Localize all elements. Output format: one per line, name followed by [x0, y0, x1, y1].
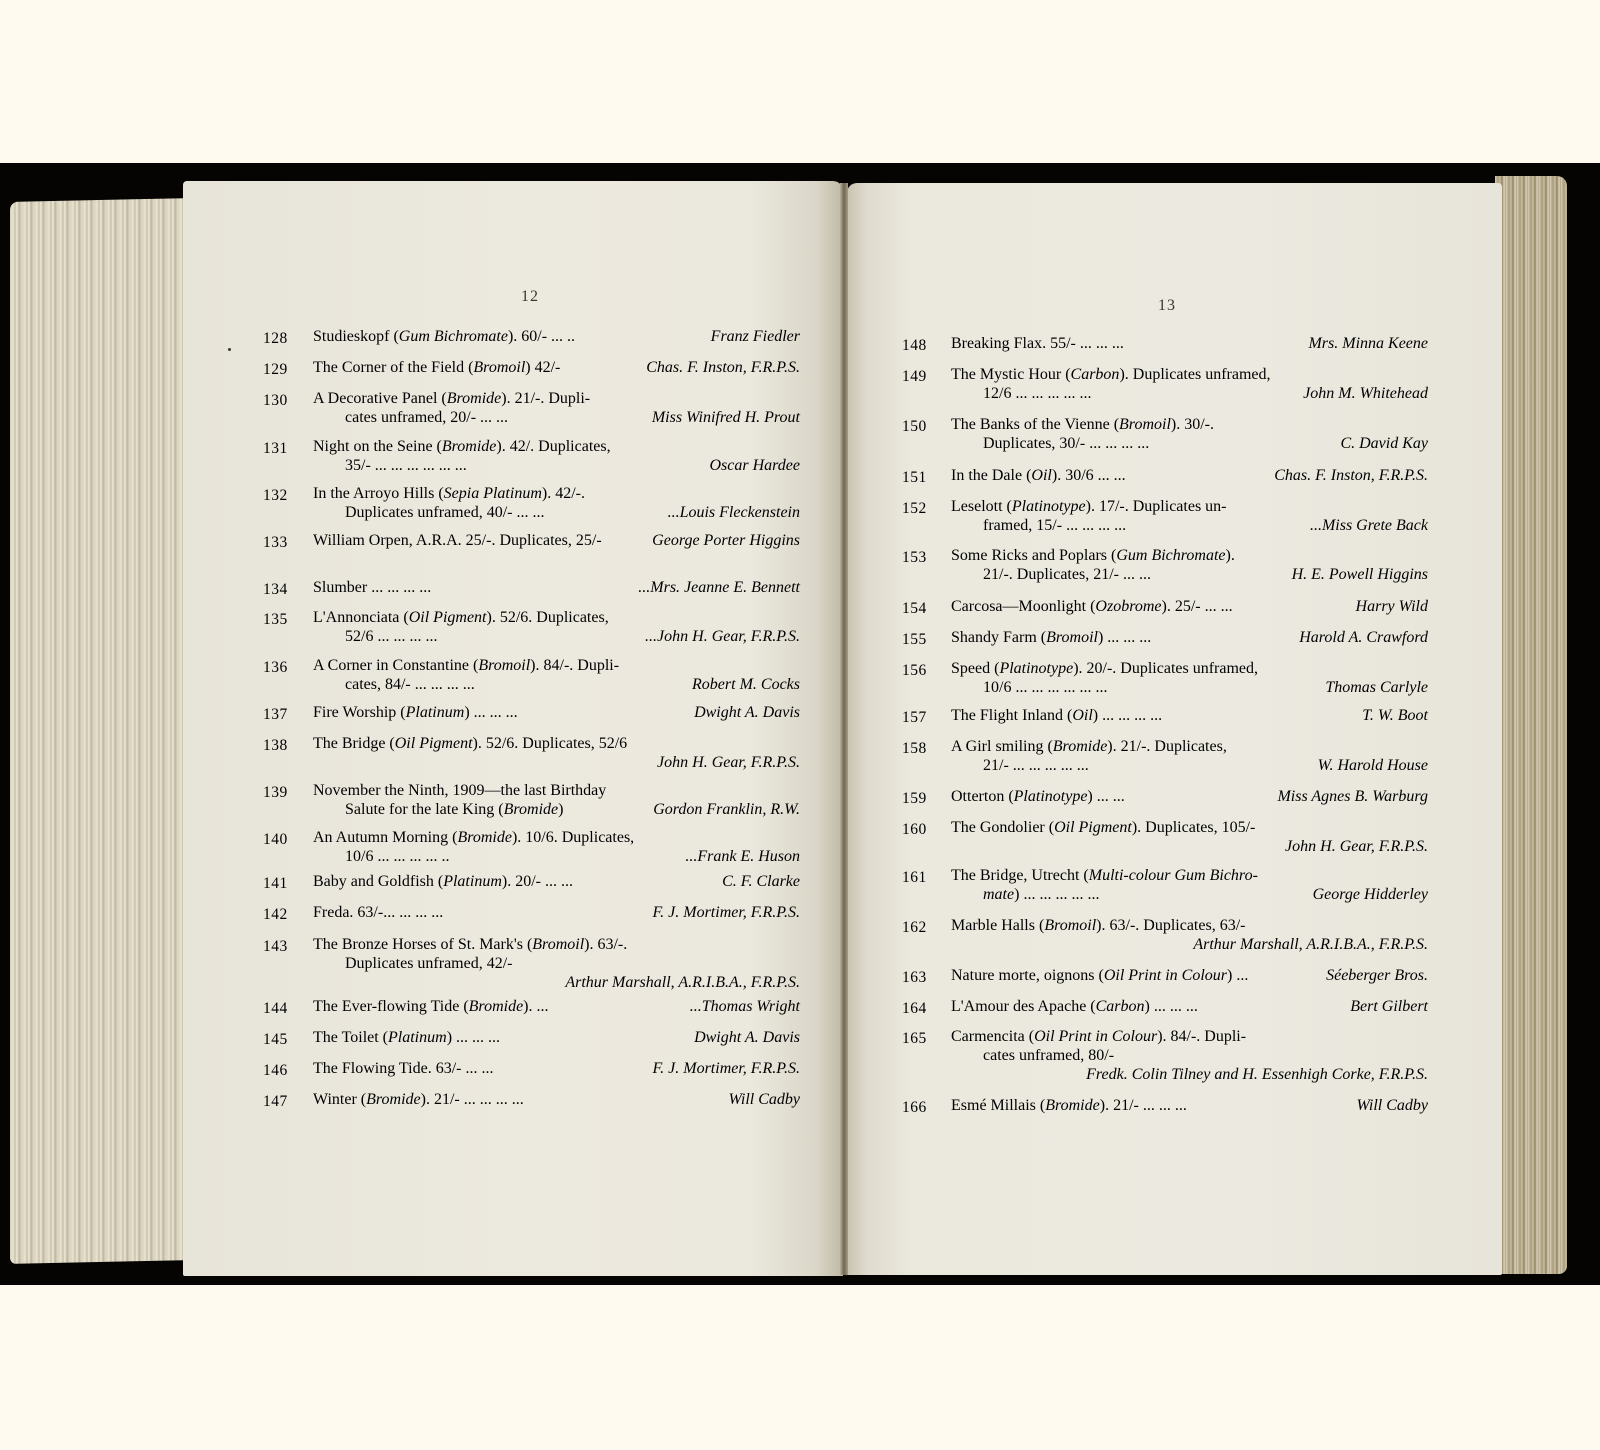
process-name: Platinotype — [1012, 498, 1086, 515]
process-name: Bromide — [469, 998, 524, 1015]
entry-text: Winter ( — [313, 1091, 366, 1108]
entry-text: Fire Worship ( — [313, 704, 406, 721]
entry-text: Marble Halls ( — [951, 917, 1044, 934]
artist-name: Miss Agnes B. Warburg — [1277, 787, 1428, 806]
process-name: Multi-colour Gum Bichro- — [1089, 867, 1258, 884]
process-name: Bromide — [504, 801, 559, 818]
entry-text: ). 52/6. Duplicates, 52/6 — [473, 735, 628, 752]
entry-text: In the Dale ( — [951, 467, 1031, 484]
entry-number: 138 — [263, 736, 303, 755]
process-name: Oil — [1072, 707, 1092, 724]
entry-continuation-line: Duplicates, 30/- ... ... ... ... — [983, 434, 1149, 453]
entry-number: 130 — [263, 391, 303, 410]
entry-number: 166 — [902, 1098, 942, 1117]
entry-title-line: L'Amour des Apache (Carbon) ... ... ... — [951, 997, 1198, 1016]
artist-name: F. J. Mortimer, F.R.P.S. — [652, 1059, 800, 1078]
process-name: Bromide — [447, 390, 502, 407]
process-name: Oil Print in Colour — [1104, 967, 1227, 984]
artist-name: ...Miss Grete Back — [1310, 516, 1428, 535]
entry-text: ) ... ... ... — [447, 1029, 500, 1046]
entry-number: 142 — [263, 905, 303, 924]
process-name: Platinum — [388, 1029, 447, 1046]
entry-text: ). 21/-. Duplicates, — [1107, 738, 1227, 755]
entry-text: Carmencita ( — [951, 1028, 1034, 1045]
entry-number: 161 — [902, 868, 942, 887]
artist-name: George Porter Higgins — [652, 531, 800, 550]
entry-continuation-line: 21/-. Duplicates, 21/- ... ... — [983, 565, 1151, 584]
entry-title-line: Some Ricks and Poplars (Gum Bichromate). — [951, 546, 1235, 565]
page-number-left: 12 — [521, 288, 539, 306]
entry-number: 134 — [263, 580, 303, 599]
entry-text: The Bronze Horses of St. Mark's ( — [313, 936, 532, 953]
entry-number: 157 — [902, 708, 942, 727]
artist-name: John H. Gear, F.R.P.S. — [1285, 837, 1428, 856]
entry-text: ). 30/-. — [1171, 416, 1214, 433]
process-name: mate — [983, 886, 1014, 903]
entry-title-line: L'Annonciata (Oil Pigment). 52/6. Duplic… — [313, 608, 609, 627]
artist-name: Franz Fiedler — [711, 327, 800, 346]
entry-text: ) ... ... ... ... ... — [1014, 886, 1099, 903]
artist-name: ...Frank E. Huson — [685, 847, 800, 866]
entry-text: The Ever-flowing Tide ( — [313, 998, 469, 1015]
entry-text: cates unframed, 80/- — [983, 1047, 1114, 1064]
entry-text: Shandy Farm ( — [951, 629, 1046, 646]
right-page-edges — [1495, 176, 1567, 1274]
entry-number: 162 — [902, 918, 942, 937]
entry-text: ) ... ... ... — [464, 704, 517, 721]
entry-text: 10/6 ... ... ... ... ... ... — [983, 679, 1107, 696]
entry-text: A Decorative Panel ( — [313, 390, 447, 407]
entry-number: 154 — [902, 599, 942, 618]
entry-text: A Girl smiling ( — [951, 738, 1053, 755]
entry-text: ). 30/6 ... ... — [1052, 467, 1126, 484]
entry-title-line: A Decorative Panel (Bromide). 21/-. Dupl… — [313, 389, 590, 408]
entry-title-line: Breaking Flax. 55/- ... ... ... — [951, 334, 1124, 353]
artist-name: ...John H. Gear, F.R.P.S. — [645, 627, 800, 646]
entry-text: Nature morte, oignons ( — [951, 967, 1104, 984]
entry-text: ) ... ... ... — [1098, 629, 1151, 646]
entry-text: Studieskopf ( — [313, 328, 399, 345]
entry-text: ). 42/. Duplicates, — [496, 438, 610, 455]
artist-name: Gordon Franklin, R.W. — [653, 800, 800, 819]
entry-text: 21/-. Duplicates, 21/- ... ... — [983, 566, 1151, 583]
entry-continuation-line: 21/- ... ... ... ... ... — [983, 756, 1089, 775]
artist-name: C. F. Clarke — [722, 872, 800, 891]
entry-text: ). 63/-. — [584, 936, 627, 953]
entry-text: The Corner of the Field ( — [313, 359, 473, 376]
entry-continuation-line: mate) ... ... ... ... ... — [983, 885, 1099, 904]
process-name: Bromide — [442, 438, 497, 455]
entry-text: William Orpen, A.R.A. 25/-. Duplicates, … — [313, 532, 602, 549]
entry-continuation-line: 35/- ... ... ... ... ... ... — [345, 456, 467, 475]
artist-name: Robert M. Cocks — [692, 675, 800, 694]
entry-continuation-line: 10/6 ... ... ... ... .. — [345, 847, 449, 866]
entry-text: ). Duplicates, 105/- — [1132, 819, 1256, 836]
artist-name: Will Cadby — [1356, 1096, 1428, 1115]
artist-name: Miss Winifred H. Prout — [652, 408, 800, 427]
process-name: Bromide — [1053, 738, 1108, 755]
process-name: Bromoil — [1044, 917, 1096, 934]
artist-name: ...Mrs. Jeanne E. Bennett — [638, 578, 800, 597]
entry-text: ). 42/-. — [542, 485, 585, 502]
entry-text: The Bridge ( — [313, 735, 395, 752]
entry-text: 35/- ... ... ... ... ... ... — [345, 457, 467, 474]
entry-number: 139 — [263, 783, 303, 802]
entry-number: 129 — [263, 360, 303, 379]
entry-text: Speed ( — [951, 660, 999, 677]
entry-text: ). 10/6. Duplicates, — [512, 829, 634, 846]
entry-title-line: The Flight Inland (Oil) ... ... ... ... — [951, 706, 1162, 725]
entry-continuation-line: framed, 15/- ... ... ... ... — [983, 516, 1126, 535]
entry-text: Slumber ... ... ... ... — [313, 579, 431, 596]
artist-name: C. David Kay — [1340, 434, 1428, 453]
entry-number: 143 — [263, 937, 303, 956]
entry-text: ). 21/- ... ... ... — [1100, 1097, 1187, 1114]
process-name: Platinotype — [1014, 788, 1088, 805]
artist-name: ...Thomas Wright — [690, 997, 800, 1016]
process-name: Carbon — [1096, 998, 1145, 1015]
entry-text: 12/6 ... ... ... ... ... — [983, 385, 1091, 402]
entry-text: The Banks of the Vienne ( — [951, 416, 1119, 433]
entry-title-line: The Bridge, Utrecht (Multi-colour Gum Bi… — [951, 866, 1258, 885]
entry-title-line: The Ever-flowing Tide (Bromide). ... — [313, 997, 549, 1016]
entry-title-line: In the Arroyo Hills (Sepia Platinum). 42… — [313, 484, 585, 503]
entry-number: 152 — [902, 499, 942, 518]
entry-number: 145 — [263, 1030, 303, 1049]
entry-text: Duplicates, 30/- ... ... ... ... — [983, 435, 1149, 452]
entry-text: cates unframed, 20/- ... ... — [345, 409, 508, 426]
artist-name: Dwight A. Davis — [694, 703, 800, 722]
entry-title-line: Carmencita (Oil Print in Colour). 84/-. … — [951, 1027, 1246, 1046]
entry-text: ). 21/- ... ... ... ... — [421, 1091, 524, 1108]
entry-text: ) ... ... ... ... — [1093, 707, 1162, 724]
artist-name: Séeberger Bros. — [1326, 966, 1428, 985]
entry-title-line: Esmé Millais (Bromide). 21/- ... ... ... — [951, 1096, 1187, 1115]
artist-name: T. W. Boot — [1362, 706, 1428, 725]
entry-text: ). 21/-. Dupli- — [501, 390, 590, 407]
process-name: Bromide — [1045, 1097, 1100, 1114]
entry-continuation-line: cates unframed, 80/- — [983, 1046, 1114, 1065]
process-name: Gum Bichromate — [1116, 547, 1225, 564]
process-name: Platinum — [443, 873, 502, 890]
process-name: Oil Print in Colour — [1034, 1028, 1157, 1045]
entry-title-line: Otterton (Platinotype) ... ... — [951, 787, 1125, 806]
entry-text: 21/- ... ... ... ... ... — [983, 757, 1089, 774]
entry-text: November the Ninth, 1909—the last Birthd… — [313, 782, 606, 799]
entry-text: ) ... ... ... — [1145, 998, 1198, 1015]
entry-number: 158 — [902, 739, 942, 758]
entry-text: framed, 15/- ... ... ... ... — [983, 517, 1126, 534]
entry-title-line: The Toilet (Platinum) ... ... ... — [313, 1028, 500, 1047]
entry-number: 144 — [263, 999, 303, 1018]
entry-number: 160 — [902, 820, 942, 839]
entry-number: 165 — [902, 1029, 942, 1048]
process-name: Oil Pigment — [409, 609, 487, 626]
entry-text: L'Annonciata ( — [313, 609, 409, 626]
page-number-right: 13 — [1158, 297, 1176, 315]
entry-title-line: Fire Worship (Platinum) ... ... ... — [313, 703, 518, 722]
entry-continuation-line: cates unframed, 20/- ... ... — [345, 408, 508, 427]
entry-text: A Corner in Constantine ( — [313, 657, 478, 674]
entry-continuation-line: Duplicates unframed, 40/- ... ... — [345, 503, 545, 522]
entry-number: 151 — [902, 468, 942, 487]
entry-title-line: The Bronze Horses of St. Mark's (Bromoil… — [313, 935, 627, 954]
entry-title-line: Baby and Goldfish (Platinum). 20/- ... .… — [313, 872, 573, 891]
artist-name: Harry Wild — [1356, 597, 1428, 616]
entry-text: The Flight Inland ( — [951, 707, 1072, 724]
process-name: Platinum — [406, 704, 465, 721]
entry-text: ) ... ... — [1087, 788, 1124, 805]
entry-number: 131 — [263, 439, 303, 458]
artist-name: H. E. Powell Higgins — [1292, 565, 1428, 584]
entry-number: 149 — [902, 367, 942, 386]
artist-name: Harold A. Crawford — [1299, 628, 1428, 647]
entry-title-line: Night on the Seine (Bromide). 42/. Dupli… — [313, 437, 611, 456]
entry-title-line: Freda. 63/-... ... ... ... — [313, 903, 443, 922]
entry-text: Some Ricks and Poplars ( — [951, 547, 1116, 564]
entry-title-line: A Girl smiling (Bromide). 21/-. Duplicat… — [951, 737, 1227, 756]
entry-text: ). 52/6. Duplicates, — [487, 609, 609, 626]
process-name: Bromoil — [478, 657, 530, 674]
entry-continuation-line: Duplicates unframed, 42/- — [345, 954, 513, 973]
entry-text: ). 84/-. Dupli- — [530, 657, 619, 674]
entry-title-line: Speed (Platinotype). 20/-. Duplicates un… — [951, 659, 1258, 678]
entry-title-line: November the Ninth, 1909—the last Birthd… — [313, 781, 606, 800]
entry-text: cates, 84/- ... ... ... ... — [345, 676, 475, 693]
entry-text: The Bridge, Utrecht ( — [951, 867, 1089, 884]
entry-number: 136 — [263, 658, 303, 677]
entry-text: ). 17/-. Duplicates un- — [1086, 498, 1227, 515]
entry-number: 146 — [263, 1061, 303, 1080]
process-name: Bromide — [366, 1091, 421, 1108]
entry-number: 164 — [902, 999, 942, 1018]
entry-number: 159 — [902, 789, 942, 808]
entry-number: 141 — [263, 874, 303, 893]
process-name: Bromoil — [1046, 629, 1098, 646]
entry-title-line: Nature morte, oignons (Oil Print in Colo… — [951, 966, 1248, 985]
entry-title-line: The Gondolier (Oil Pigment). Duplicates,… — [951, 818, 1255, 837]
entry-text: The Mystic Hour ( — [951, 366, 1071, 383]
left-page-edges — [10, 198, 190, 1264]
entry-continuation-line: 10/6 ... ... ... ... ... ... — [983, 678, 1107, 697]
entry-number: 156 — [902, 661, 942, 680]
entry-text: ) ... — [1227, 967, 1248, 984]
process-name: Bromide — [457, 829, 512, 846]
process-name: Oil Pigment — [395, 735, 473, 752]
artist-name: Arthur Marshall, A.R.I.B.A., F.R.P.S. — [1193, 935, 1428, 954]
entry-text: ). 63/-. Duplicates, 63/- — [1096, 917, 1245, 934]
entry-number: 133 — [263, 533, 303, 552]
entry-text: ). 20/-. Duplicates unframed, — [1073, 660, 1258, 677]
artist-name: Mrs. Minna Keene — [1308, 334, 1428, 353]
entry-number: 147 — [263, 1092, 303, 1111]
artist-name: Chas. F. Inston, F.R.P.S. — [646, 358, 800, 377]
entry-text: Esmé Millais ( — [951, 1097, 1045, 1114]
entry-text: ) — [558, 801, 563, 818]
entry-text: 52/6 ... ... ... ... — [345, 628, 437, 645]
entry-number: 128 — [263, 329, 303, 348]
artist-name: Bert Gilbert — [1350, 997, 1428, 1016]
entry-number: 148 — [902, 336, 942, 355]
entry-continuation-line: cates, 84/- ... ... ... ... — [345, 675, 475, 694]
entry-text: L'Amour des Apache ( — [951, 998, 1096, 1015]
process-name: Bromoil — [473, 359, 525, 376]
process-name: Oil Pigment — [1054, 819, 1132, 836]
entry-title-line: The Bridge (Oil Pigment). 52/6. Duplicat… — [313, 734, 627, 753]
ink-speck — [228, 348, 231, 351]
artist-name: Arthur Marshall, A.R.I.B.A., F.R.P.S. — [565, 973, 800, 992]
entry-text: ). 25/- ... ... — [1162, 598, 1233, 615]
entry-number: 150 — [902, 417, 942, 436]
process-name: Ozobrome — [1095, 598, 1161, 615]
entry-text: ). — [1226, 547, 1235, 564]
process-name: Sepia Platinum — [444, 485, 542, 502]
process-name: Gum Bichromate — [399, 328, 508, 345]
process-name: Oil — [1031, 467, 1051, 484]
artist-name: John M. Whitehead — [1303, 384, 1428, 403]
book-gutter — [840, 183, 848, 1275]
entry-title-line: Studieskopf (Gum Bichromate). 60/- ... .… — [313, 327, 575, 346]
artist-name: George Hidderley — [1313, 885, 1428, 904]
artist-name: John H. Gear, F.R.P.S. — [657, 753, 800, 772]
artist-name: Oscar Hardee — [710, 456, 801, 475]
artist-name: Chas. F. Inston, F.R.P.S. — [1274, 466, 1428, 485]
entry-title-line: In the Dale (Oil). 30/6 ... ... — [951, 466, 1126, 485]
entry-text: ) 42/- — [525, 359, 560, 376]
entry-number: 140 — [263, 830, 303, 849]
artist-name: Thomas Carlyle — [1325, 678, 1428, 697]
entry-title-line: Shandy Farm (Bromoil) ... ... ... — [951, 628, 1151, 647]
entry-text: ). ... — [523, 998, 548, 1015]
entry-number: 137 — [263, 705, 303, 724]
entry-text: The Toilet ( — [313, 1029, 388, 1046]
artist-name: W. Harold House — [1318, 756, 1428, 775]
entry-text: ). 60/- ... .. — [508, 328, 575, 345]
entry-number: 132 — [263, 486, 303, 505]
entry-number: 135 — [263, 610, 303, 629]
entry-text: ). Duplicates unframed, — [1119, 366, 1270, 383]
entry-continuation-line: 12/6 ... ... ... ... ... — [983, 384, 1091, 403]
entry-text: Otterton ( — [951, 788, 1014, 805]
artist-name: Will Cadby — [728, 1090, 800, 1109]
entry-text: An Autumn Morning ( — [313, 829, 457, 846]
entry-text: Breaking Flax. 55/- ... ... ... — [951, 335, 1124, 352]
entry-title-line: The Mystic Hour (Carbon). Duplicates unf… — [951, 365, 1271, 384]
entry-number: 163 — [902, 968, 942, 987]
entry-text: Leselott ( — [951, 498, 1012, 515]
entry-title-line: Carcosa—Moonlight (Ozobrome). 25/- ... .… — [951, 597, 1233, 616]
entry-text: Freda. 63/-... ... ... ... — [313, 904, 443, 921]
entry-continuation-line: Salute for the late King (Bromide) — [345, 800, 563, 819]
entry-title-line: William Orpen, A.R.A. 25/-. Duplicates, … — [313, 531, 602, 550]
entry-text: Carcosa—Moonlight ( — [951, 598, 1095, 615]
entry-continuation-line: 52/6 ... ... ... ... — [345, 627, 437, 646]
entry-number: 155 — [902, 630, 942, 649]
entry-text: Salute for the late King ( — [345, 801, 504, 818]
artist-name: Dwight A. Davis — [694, 1028, 800, 1047]
entry-title-line: The Corner of the Field (Bromoil) 42/- — [313, 358, 560, 377]
entry-text: ). 84/-. Dupli- — [1157, 1028, 1246, 1045]
entry-title-line: Winter (Bromide). 21/- ... ... ... ... — [313, 1090, 524, 1109]
artist-name: ...Louis Fleckenstein — [668, 503, 800, 522]
artist-name: F. J. Mortimer, F.R.P.S. — [652, 903, 800, 922]
process-name: Carbon — [1071, 366, 1120, 383]
artist-name: Fredk. Colin Tilney and H. Essenhigh Cor… — [1086, 1065, 1428, 1084]
entry-text: Duplicates unframed, 42/- — [345, 955, 513, 972]
process-name: Bromoil — [1119, 416, 1171, 433]
entry-text: In the Arroyo Hills ( — [313, 485, 444, 502]
entry-text: The Flowing Tide. 63/- ... ... — [313, 1060, 493, 1077]
entry-text: 10/6 ... ... ... ... .. — [345, 848, 449, 865]
entry-title-line: Slumber ... ... ... ... — [313, 578, 431, 597]
entry-title-line: The Flowing Tide. 63/- ... ... — [313, 1059, 493, 1078]
process-name: Bromoil — [532, 936, 584, 953]
entry-text: The Gondolier ( — [951, 819, 1054, 836]
entry-number: 153 — [902, 548, 942, 567]
entry-title-line: The Banks of the Vienne (Bromoil). 30/-. — [951, 415, 1214, 434]
entry-title-line: A Corner in Constantine (Bromoil). 84/-.… — [313, 656, 619, 675]
entry-title-line: Leselott (Platinotype). 17/-. Duplicates… — [951, 497, 1227, 516]
entry-text: Baby and Goldfish ( — [313, 873, 443, 890]
entry-text: Duplicates unframed, 40/- ... ... — [345, 504, 545, 521]
entry-title-line: An Autumn Morning (Bromide). 10/6. Dupli… — [313, 828, 634, 847]
process-name: Platinotype — [999, 660, 1073, 677]
entry-title-line: Marble Halls (Bromoil). 63/-. Duplicates… — [951, 916, 1245, 935]
entry-text: Night on the Seine ( — [313, 438, 442, 455]
entry-text: ). 20/- ... ... — [502, 873, 573, 890]
